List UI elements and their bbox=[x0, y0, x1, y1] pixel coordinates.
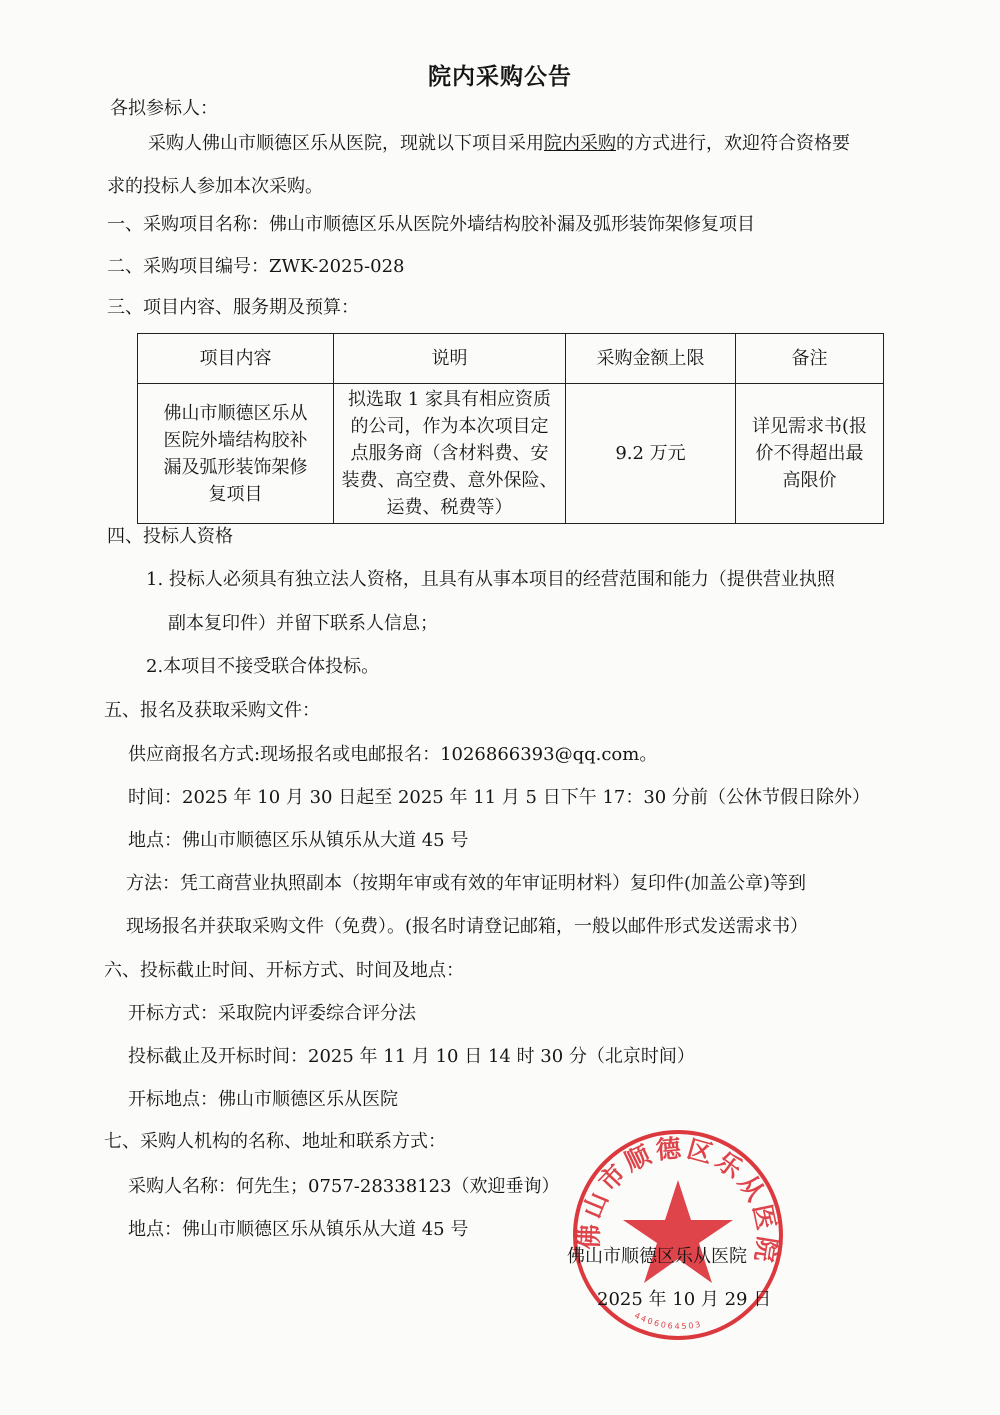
intro-procurement-method: 院内采购 bbox=[544, 133, 616, 154]
bid-deadline-time: 投标截止及开标时间：2025 年 11 月 10 日 14 时 30 分（北京时… bbox=[128, 1045, 695, 1069]
qualification-1-line-1: 1. 投标人必须具有独立法人资格，且具有从事本项目的经营范围和能力（提供营业执照 bbox=[146, 568, 835, 592]
section-2-project-number: 二、采购项目编号：ZWK-2025-028 bbox=[107, 255, 404, 279]
intro-line-1: 采购人佛山市顺德区乐从医院，现就以下项目采用院内采购的方式进行，欢迎符合资格要 bbox=[148, 132, 850, 156]
cell-budget: 9.2 万元 bbox=[566, 384, 736, 524]
intro-line-2: 求的投标人参加本次采购。 bbox=[107, 175, 323, 199]
intro-part-2: 的方式进行，欢迎符合资格要 bbox=[616, 133, 850, 154]
svg-text:4406064503: 4406064503 bbox=[633, 1311, 703, 1331]
bid-opening-method: 开标方式：采取院内评委综合评分法 bbox=[128, 1002, 416, 1026]
official-seal-icon: 佛山市顺德区乐从医院 4406064503 bbox=[568, 1125, 788, 1345]
purchaser-contact: 采购人名称：何先生；0757-28338123（欢迎垂询） bbox=[128, 1175, 560, 1199]
header-remark: 备注 bbox=[736, 334, 884, 384]
signup-method-detail-1: 方法：凭工商营业执照副本（按期年审或有效的年审证明材料）复印件(加盖公章)等到 bbox=[126, 872, 806, 896]
signup-place: 地点：佛山市顺德区乐从镇乐从大道 45 号 bbox=[128, 829, 468, 853]
header-content: 项目内容 bbox=[138, 334, 334, 384]
section-3-heading: 三、项目内容、服务期及预算： bbox=[107, 296, 359, 320]
section-5-heading: 五、报名及获取采购文件： bbox=[104, 699, 320, 723]
table-row: 佛山市顺德区乐从 医院外墙结构胶补 漏及弧形装饰架修 复项目 拟选取 1 家具有… bbox=[138, 384, 884, 524]
section-7-heading: 七、采购人机构的名称、地址和联系方式： bbox=[104, 1130, 446, 1154]
signup-method-detail-2: 现场报名并获取采购文件（免费）。(报名时请登记邮箱，一般以邮件形式发送需求书） bbox=[126, 915, 808, 939]
cell-description: 拟选取 1 家具有相应资质 的公司，作为本次项目定 点服务商（含材料费、安 装费… bbox=[334, 384, 566, 524]
signup-time: 时间：2025 年 10 月 30 日起至 2025 年 11 月 5 日下午 … bbox=[128, 786, 870, 810]
section-4-heading: 四、投标人资格 bbox=[107, 525, 233, 549]
table-header-row: 项目内容 说明 采购金额上限 备注 bbox=[138, 334, 884, 384]
budget-table: 项目内容 说明 采购金额上限 备注 佛山市顺德区乐从 医院外墙结构胶补 漏及弧形… bbox=[137, 333, 884, 524]
bid-opening-place: 开标地点：佛山市顺德区乐从医院 bbox=[128, 1088, 398, 1112]
intro-part-1: 采购人佛山市顺德区乐从医院，现就以下项目采用 bbox=[148, 133, 544, 154]
signature-date: 2025 年 10 月 29 日 bbox=[597, 1288, 771, 1312]
section-6-heading: 六、投标截止时间、开标方式、时间及地点： bbox=[104, 959, 464, 983]
qualification-1-line-2: 副本复印件）并留下联系人信息； bbox=[168, 612, 438, 636]
purchaser-address: 地点：佛山市顺德区乐从镇乐从大道 45 号 bbox=[128, 1218, 468, 1242]
document-page: 院内采购公告 各拟参标人： 采购人佛山市顺德区乐从医院，现就以下项目采用院内采购… bbox=[0, 0, 1000, 1415]
header-budget: 采购金额上限 bbox=[566, 334, 736, 384]
section-1-project-name: 一、采购项目名称：佛山市顺德区乐从医院外墙结构胶补漏及弧形装饰架修复项目 bbox=[107, 213, 755, 237]
salutation: 各拟参标人： bbox=[110, 97, 218, 121]
signature-organization: 佛山市顺德区乐从医院 bbox=[567, 1245, 747, 1269]
qualification-2: 2.本项目不接受联合体投标。 bbox=[146, 655, 379, 679]
header-description: 说明 bbox=[334, 334, 566, 384]
page-title: 院内采购公告 bbox=[0, 58, 1000, 91]
cell-content: 佛山市顺德区乐从 医院外墙结构胶补 漏及弧形装饰架修 复项目 bbox=[138, 384, 334, 524]
signup-method: 供应商报名方式:现场报名或电邮报名：1026866393@qq.com。 bbox=[128, 743, 657, 767]
cell-remark: 详见需求书(报 价不得超出最 高限价 bbox=[736, 384, 884, 524]
